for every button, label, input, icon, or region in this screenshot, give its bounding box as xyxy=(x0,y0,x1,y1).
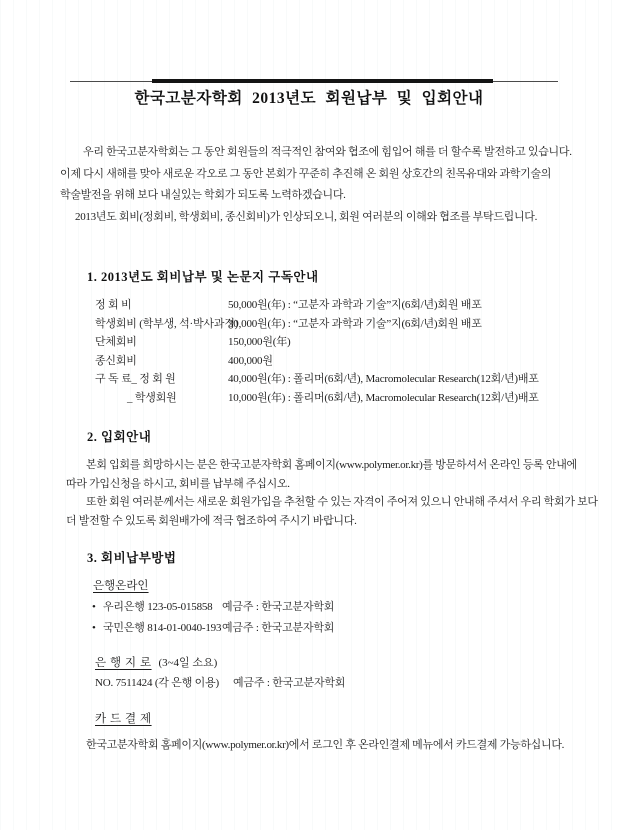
fee-value: 30,000원(年) : “고분자 과학과 기술”지(6회/년)회원 배포 xyxy=(228,315,482,334)
membership-line: 또한 회원 여러분께서는 새로운 회원가입을 추천할 수 있는 자격이 주어져 … xyxy=(66,493,598,512)
membership-line: 본회 입회를 희망하시는 분은 한국고분자학회 홈페이지(www.polymer… xyxy=(66,456,598,475)
bank-giro-note: (3~4일 소요) xyxy=(158,657,217,669)
account-number: 국민은행 814-01-0040-193 xyxy=(103,618,221,639)
fee-row: 단체회비 150,000원(年) xyxy=(95,333,539,352)
giro-number: NO. 7511424 (각 은행 이용) xyxy=(95,675,233,691)
fee-value: 10,000원(年) : 폴리머(6회/년), Macromolecular R… xyxy=(228,389,539,408)
fee-value: 150,000원(年) xyxy=(228,333,291,352)
fee-row: 정 회 비 50,000원(年) : “고분자 과학과 기술”지(6회/년)회원… xyxy=(95,296,539,315)
bank-giro-heading: 은 행 지 로 xyxy=(95,657,152,669)
bank-account-row: • 우리은행 123-05-015858 예금주 : 한국고분자학회 xyxy=(92,597,334,618)
fee-label: _ 학생회원 xyxy=(127,389,228,408)
fee-table: 정 회 비 50,000원(年) : “고분자 과학과 기술”지(6회/년)회원… xyxy=(95,296,539,408)
fee-value: 50,000원(年) : “고분자 과학과 기술”지(6회/년)회원 배포 xyxy=(228,296,482,315)
intro-line: 2013년도 회비(정회비, 학생회비, 종신회비)가 인상되오니, 회원 여러… xyxy=(60,207,572,229)
fee-value: 40,000원(年) : 폴리머(6회/년), Macromolecular R… xyxy=(228,370,539,389)
intro-line: 이제 다시 새해를 맞아 새로운 각오로 그 동안 본회가 꾸준히 추진해 온 … xyxy=(60,164,572,186)
fee-row: 종신회비 400,000원 xyxy=(95,352,539,371)
bank-account-row: • 국민은행 814-01-0040-193 예금주 : 한국고분자학회 xyxy=(92,618,334,639)
section-1-heading: 1. 2013년도 회비납부 및 논문지 구독안내 xyxy=(87,269,319,285)
bullet-icon: • xyxy=(92,618,103,639)
card-payment-heading: 카 드 결 제 xyxy=(95,711,152,727)
account-holder: 예금주 : 한국고분자학회 xyxy=(222,597,334,618)
fee-label: 정 회 비 xyxy=(95,296,228,315)
document-page: 한국고분자학회 2013년도 회원납부 및 입회안내 우리 한국고분자학회는 그… xyxy=(0,0,618,830)
bank-giro-number-row: NO. 7511424 (각 은행 이용) 예금주 : 한국고분자학회 xyxy=(95,675,345,691)
bank-account-list: • 우리은행 123-05-015858 예금주 : 한국고분자학회 • 국민은… xyxy=(92,597,334,638)
giro-holder: 예금주 : 한국고분자학회 xyxy=(233,675,345,691)
intro-line: 우리 한국고분자학회는 그 동안 회원들의 적극적인 참여와 협조에 힘입어 해… xyxy=(60,142,572,164)
intro-paragraph: 우리 한국고분자학회는 그 동안 회원들의 적극적인 참여와 협조에 힘입어 해… xyxy=(60,142,572,228)
account-number: 우리은행 123-05-015858 xyxy=(103,597,212,618)
membership-line: 더 발전할 수 있도록 회원배가에 적극 협조하여 주시기 바랍니다. xyxy=(66,512,598,531)
fee-label: 구 독 료_ 정 회 원 xyxy=(95,370,228,389)
membership-paragraph: 본회 입회를 희망하시는 분은 한국고분자학회 홈페이지(www.polymer… xyxy=(66,456,598,530)
fee-row: 구 독 료_ 정 회 원 40,000원(年) : 폴리머(6회/년), Mac… xyxy=(95,370,539,389)
section-2-heading: 2. 입회안내 xyxy=(87,429,151,445)
intro-line: 학술발전을 위해 보다 내실있는 학회가 되도록 노력하겠습니다. xyxy=(60,185,572,207)
membership-line: 따라 가입신청을 하시고, 회비를 납부해 주십시오. xyxy=(66,475,598,494)
section-3-heading: 3. 회비납부방법 xyxy=(87,550,176,566)
bank-account: • 우리은행 123-05-015858 xyxy=(92,597,222,618)
account-holder: 예금주 : 한국고분자학회 xyxy=(222,618,334,639)
fee-label: 종신회비 xyxy=(95,352,228,371)
bullet-icon: • xyxy=(92,597,103,618)
fee-value: 400,000원 xyxy=(228,352,273,371)
fee-row: _ 학생회원 10,000원(年) : 폴리머(6회/년), Macromole… xyxy=(95,389,539,408)
card-payment-text: 한국고분자학회 홈페이지(www.polymer.or.kr)에서 로그인 후 … xyxy=(86,737,564,753)
bank-account: • 국민은행 814-01-0040-193 xyxy=(92,618,222,639)
fee-row: 학생회비 (학부생, 석·박사과정) 30,000원(年) : “고분자 과학과… xyxy=(95,315,539,334)
header-rule-thick xyxy=(152,79,493,83)
bank-giro-heading-row: 은 행 지 로 (3~4일 소요) xyxy=(95,655,217,671)
fee-label: 학생회비 (학부생, 석·박사과정) xyxy=(95,315,228,334)
fee-label: 단체회비 xyxy=(95,333,228,352)
bank-online-heading: 은행온라인 xyxy=(93,578,149,594)
document-title: 한국고분자학회 2013년도 회원납부 및 입회안내 xyxy=(0,89,618,109)
